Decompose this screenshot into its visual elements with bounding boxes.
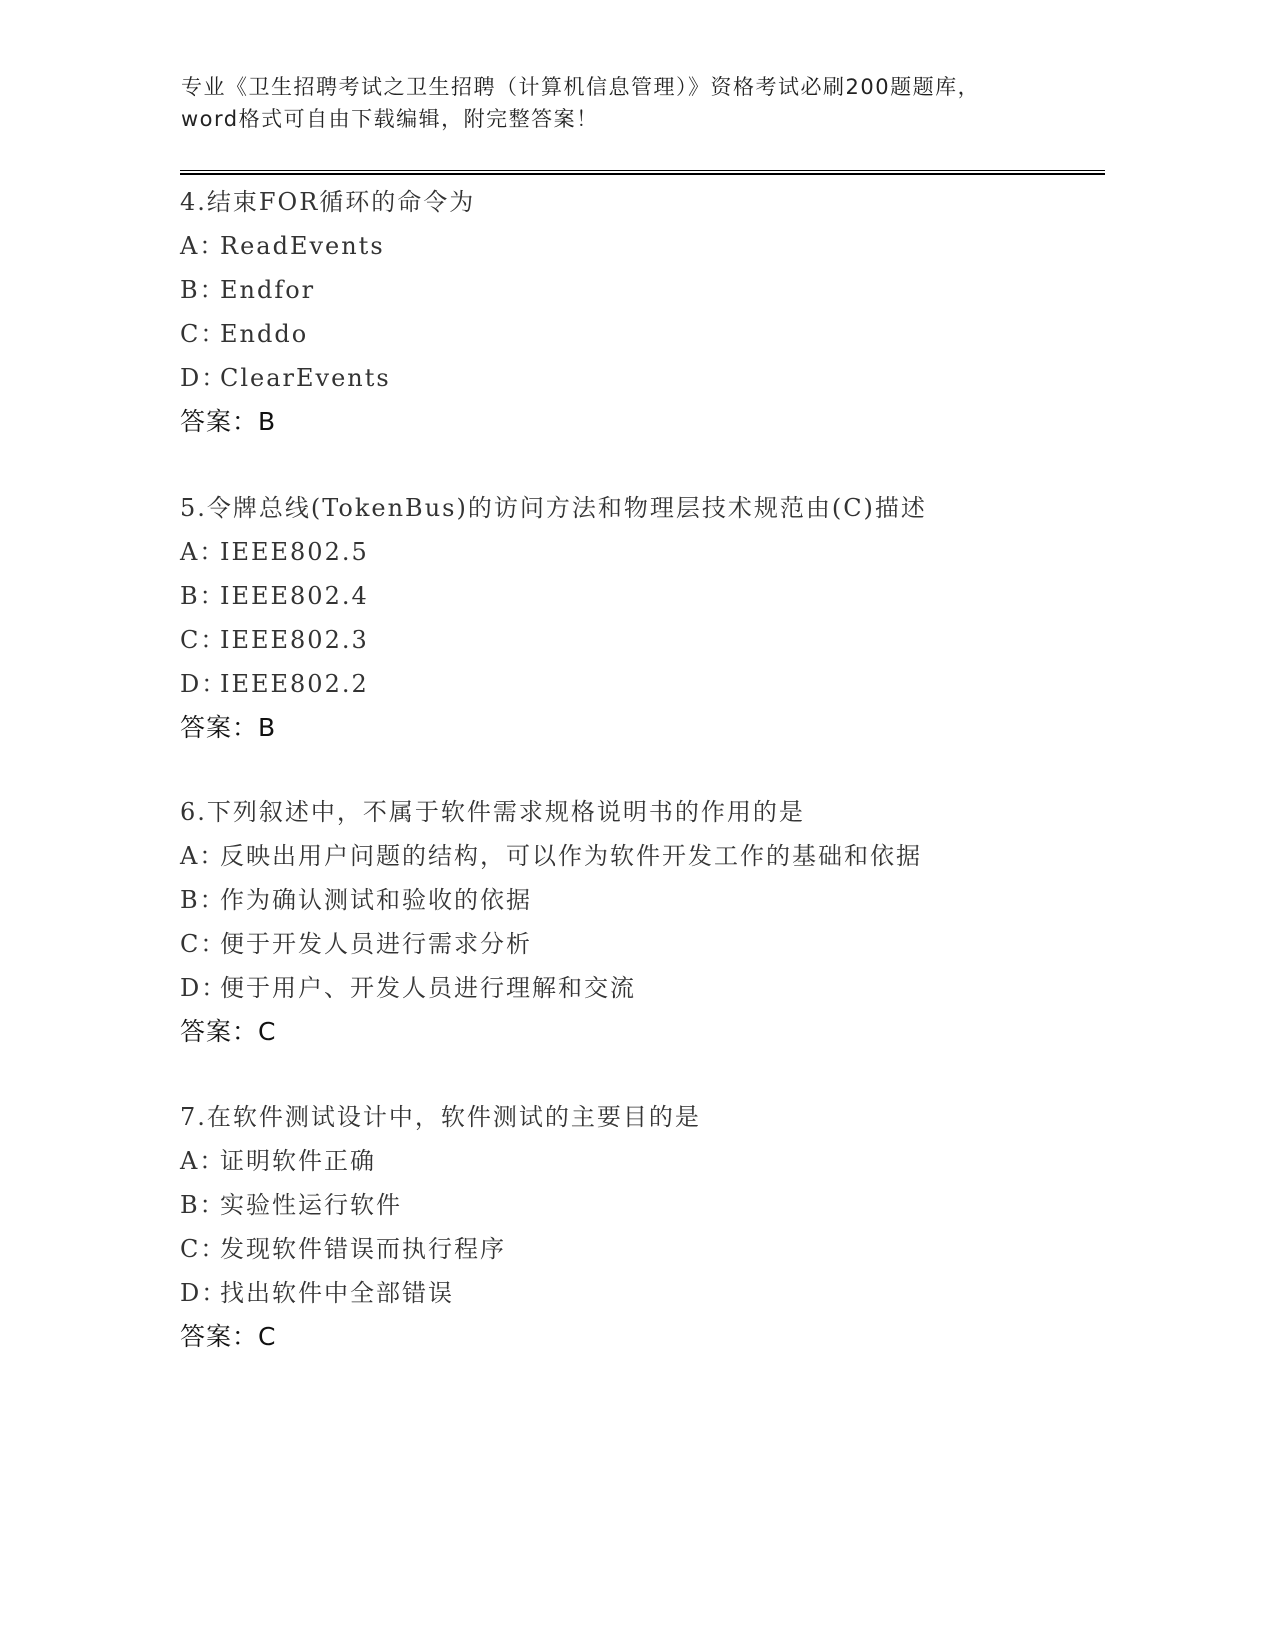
option-b: B：实验性运行软件 [180, 1183, 1100, 1227]
option-d: D：IEEE802.2 [180, 662, 1100, 706]
option-d: D：找出软件中全部错误 [180, 1271, 1100, 1315]
option-c: C：IEEE802.3 [180, 618, 1100, 662]
question-stem: 7.在软件测试设计中，软件测试的主要目的是 [180, 1095, 1100, 1139]
option-key: B： [180, 268, 220, 312]
header-line-2: word格式可自由下载编辑，附完整答案！ [181, 103, 1081, 135]
question-6: 6.下列叙述中，不属于软件需求规格说明书的作用的是 A：反映出用户问题的结构，可… [180, 790, 1100, 1054]
option-a: A：反映出用户问题的结构，可以作为软件开发工作的基础和依据 [180, 834, 1100, 878]
option-text: IEEE802.4 [220, 582, 369, 610]
option-a: A：ReadEvents [180, 224, 1100, 268]
option-c: C：发现软件错误而执行程序 [180, 1227, 1100, 1271]
option-b: B：作为确认测试和验收的依据 [180, 878, 1100, 922]
option-c: C：便于开发人员进行需求分析 [180, 922, 1100, 966]
question-5: 5.令牌总线(TokenBus)的访问方法和物理层技术规范由(C)描述 A：IE… [180, 486, 1100, 750]
option-text: Enddo [220, 320, 308, 348]
answer: 答案：C [180, 1010, 1100, 1054]
option-d: D：便于用户、开发人员进行理解和交流 [180, 966, 1100, 1010]
question-4: 4.结束FOR循环的命令为 A：ReadEvents B：Endfor C：En… [180, 180, 1100, 444]
option-a: A：IEEE802.5 [180, 530, 1100, 574]
option-text: 证明软件正确 [220, 1147, 376, 1175]
option-key: A： [180, 224, 220, 268]
option-key: B： [180, 574, 220, 618]
option-key: C： [180, 312, 220, 356]
document-header: 专业《卫生招聘考试之卫生招聘（计算机信息管理）》资格考试必刷200题题库， wo… [181, 71, 1081, 135]
option-key: D： [180, 356, 220, 400]
option-text: 找出软件中全部错误 [220, 1279, 454, 1307]
question-7: 7.在软件测试设计中，软件测试的主要目的是 A：证明软件正确 B：实验性运行软件… [180, 1095, 1100, 1359]
option-d: D：ClearEvents [180, 356, 1100, 400]
option-text: ReadEvents [220, 232, 385, 260]
option-text: 便于用户、开发人员进行理解和交流 [220, 974, 636, 1002]
option-b: B：Endfor [180, 268, 1100, 312]
question-stem: 5.令牌总线(TokenBus)的访问方法和物理层技术规范由(C)描述 [180, 486, 1100, 530]
option-key: B： [180, 1183, 220, 1227]
option-text: 反映出用户问题的结构，可以作为软件开发工作的基础和依据 [220, 842, 922, 870]
option-key: A： [180, 834, 220, 878]
option-text: IEEE802.5 [220, 538, 369, 566]
option-a: A：证明软件正确 [180, 1139, 1100, 1183]
option-key: D： [180, 662, 220, 706]
answer: 答案：B [180, 706, 1100, 750]
option-key: C： [180, 922, 220, 966]
option-text: IEEE802.2 [220, 670, 369, 698]
header-line-1: 专业《卫生招聘考试之卫生招聘（计算机信息管理）》资格考试必刷200题题库， [181, 71, 1081, 103]
option-key: B： [180, 878, 220, 922]
option-text: 便于开发人员进行需求分析 [220, 930, 532, 958]
option-key: A： [180, 1139, 220, 1183]
option-c: C：Enddo [180, 312, 1100, 356]
question-stem: 6.下列叙述中，不属于软件需求规格说明书的作用的是 [180, 790, 1100, 834]
option-b: B：IEEE802.4 [180, 574, 1100, 618]
question-stem: 4.结束FOR循环的命令为 [180, 180, 1100, 224]
option-text: 作为确认测试和验收的依据 [220, 886, 532, 914]
option-text: Endfor [220, 276, 315, 304]
option-key: D： [180, 1271, 220, 1315]
option-text: ClearEvents [220, 364, 391, 392]
option-text: 实验性运行软件 [220, 1191, 402, 1219]
option-key: A： [180, 530, 220, 574]
option-text: 发现软件错误而执行程序 [220, 1235, 506, 1263]
answer: 答案：B [180, 400, 1100, 444]
answer: 答案：C [180, 1315, 1100, 1359]
option-key: C： [180, 1227, 220, 1271]
option-key: C： [180, 618, 220, 662]
header-divider-thick [180, 173, 1105, 175]
document-page: 专业《卫生招聘考试之卫生招聘（计算机信息管理）》资格考试必刷200题题库， wo… [0, 0, 1275, 1650]
option-text: IEEE802.3 [220, 626, 369, 654]
header-divider-thin [180, 170, 1105, 171]
option-key: D： [180, 966, 220, 1010]
